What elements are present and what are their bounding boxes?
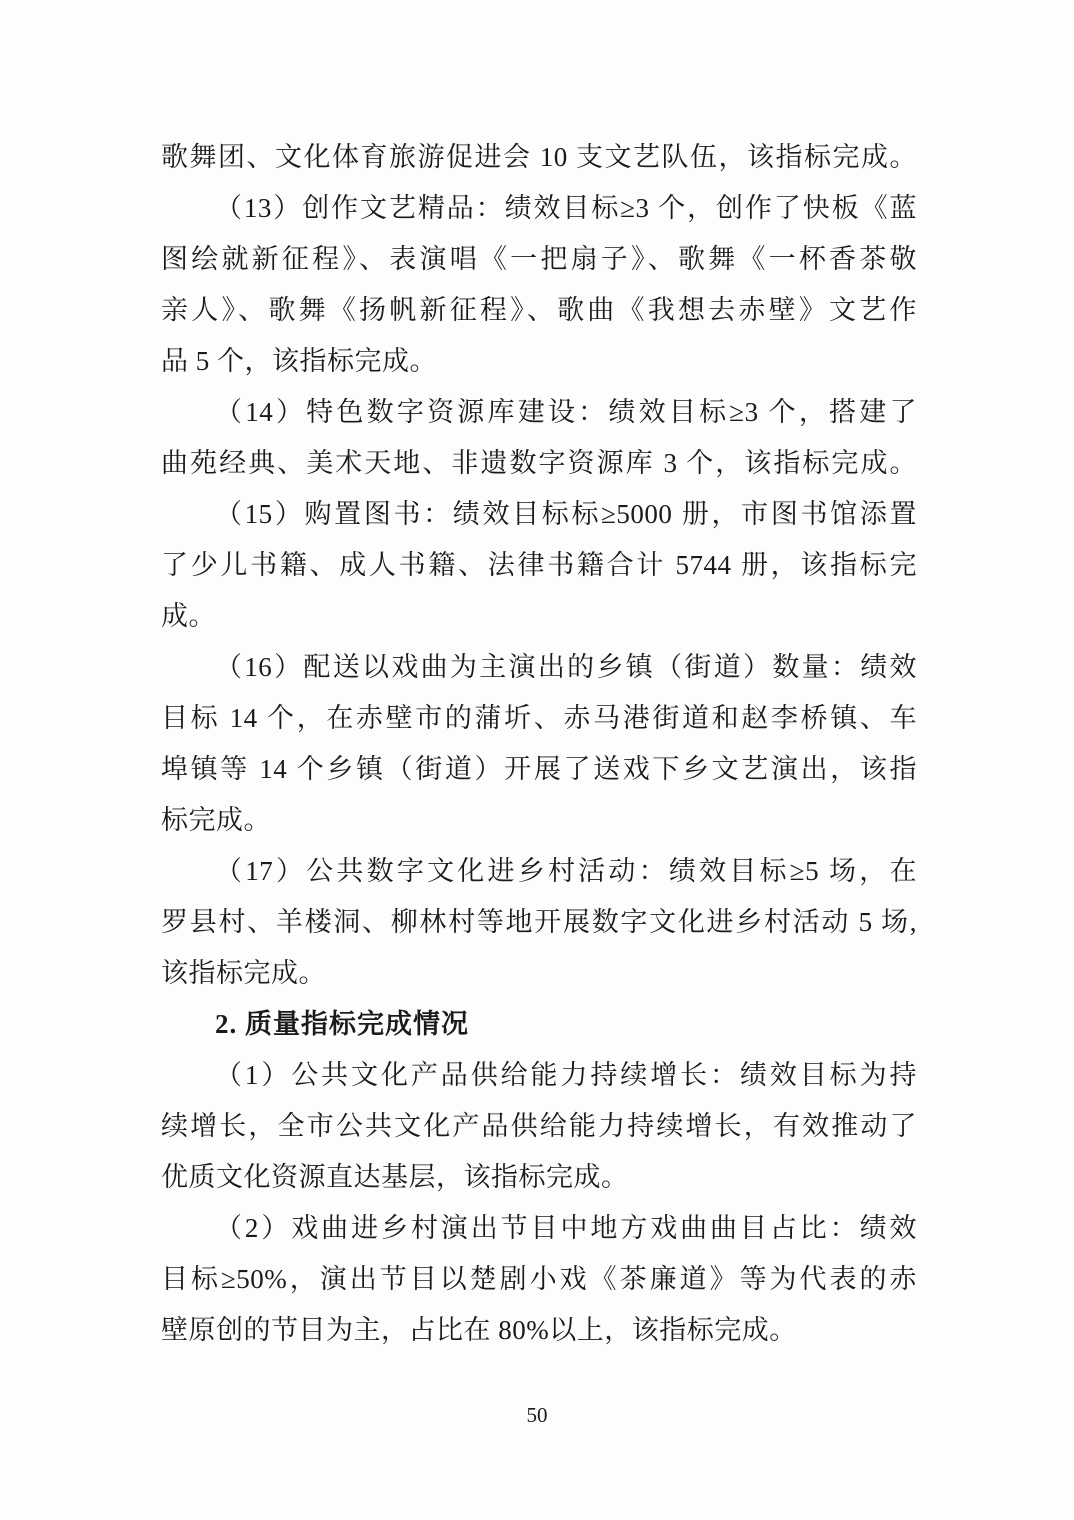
text-line: 优质文化资源直达基层，该指标完成。 <box>161 1152 917 1203</box>
para-item-17: （17）公共数字文化进乡村活动：绩效目标≥5 场，在罗县村、羊楼洞、柳林村等地开… <box>161 846 917 999</box>
text-line: （16）配送以戏曲为主演出的乡镇（街道）数量：绩效 <box>161 642 917 693</box>
text-line: 歌舞团、文化体育旅游促进会 10 支文艺队伍，该指标完成。 <box>161 132 917 183</box>
text-line: 亲人》、歌舞《扬帆新征程》、歌曲《我想去赤壁》文艺作 <box>161 285 917 336</box>
para-continuation: 歌舞团、文化体育旅游促进会 10 支文艺队伍，该指标完成。 <box>161 132 917 183</box>
para-item-14: （14）特色数字资源库建设：绩效目标≥3 个，搭建了曲苑经典、美术天地、非遗数字… <box>161 387 917 489</box>
document-body: 歌舞团、文化体育旅游促进会 10 支文艺队伍，该指标完成。（13）创作文艺精品：… <box>161 132 917 1356</box>
text-line: 壁原创的节目为主，占比在 80%以上，该指标完成。 <box>161 1305 917 1356</box>
text-line: 目标 14 个，在赤壁市的蒲圻、赤马港街道和赵李桥镇、车 <box>161 693 917 744</box>
page-number: 50 <box>0 1400 1074 1430</box>
text-line: 标完成。 <box>161 795 917 846</box>
heading-quality-indicators: 2. 质量指标完成情况 <box>161 999 917 1050</box>
text-line: 埠镇等 14 个乡镇（街道）开展了送戏下乡文艺演出，该指 <box>161 744 917 795</box>
text-line: 2. 质量指标完成情况 <box>161 999 917 1050</box>
text-line: 罗县村、羊楼洞、柳林村等地开展数字文化进乡村活动 5 场, <box>161 897 917 948</box>
text-line: （17）公共数字文化进乡村活动：绩效目标≥5 场，在 <box>161 846 917 897</box>
text-line: 续增长，全市公共文化产品供给能力持续增长，有效推动了 <box>161 1101 917 1152</box>
text-line: （13）创作文艺精品：绩效目标≥3 个，创作了快板《蓝 <box>161 183 917 234</box>
para-quality-1: （1）公共文化产品供给能力持续增长：绩效目标为持续增长，全市公共文化产品供给能力… <box>161 1050 917 1203</box>
para-quality-2: （2）戏曲进乡村演出节目中地方戏曲曲目占比：绩效目标≥50%，演出节目以楚剧小戏… <box>161 1203 917 1356</box>
text-line: （2）戏曲进乡村演出节目中地方戏曲曲目占比：绩效 <box>161 1203 917 1254</box>
text-line: （14）特色数字资源库建设：绩效目标≥3 个，搭建了 <box>161 387 917 438</box>
para-item-16: （16）配送以戏曲为主演出的乡镇（街道）数量：绩效目标 14 个，在赤壁市的蒲圻… <box>161 642 917 846</box>
text-line: 了少儿书籍、成人书籍、法律书籍合计 5744 册，该指标完 <box>161 540 917 591</box>
text-line: （15）购置图书：绩效目标标≥5000 册，市图书馆添置 <box>161 489 917 540</box>
para-item-15: （15）购置图书：绩效目标标≥5000 册，市图书馆添置了少儿书籍、成人书籍、法… <box>161 489 917 642</box>
text-line: 曲苑经典、美术天地、非遗数字资源库 3 个，该指标完成。 <box>161 438 917 489</box>
para-item-13: （13）创作文艺精品：绩效目标≥3 个，创作了快板《蓝图绘就新征程》、表演唱《一… <box>161 183 917 387</box>
document-page: 歌舞团、文化体育旅游促进会 10 支文艺队伍，该指标完成。（13）创作文艺精品：… <box>0 0 1074 1520</box>
text-line: （1）公共文化产品供给能力持续增长：绩效目标为持 <box>161 1050 917 1101</box>
text-line: 图绘就新征程》、表演唱《一把扇子》、歌舞《一杯香茶敬 <box>161 234 917 285</box>
text-line: 品 5 个，该指标完成。 <box>161 336 917 387</box>
text-line: 成。 <box>161 591 917 642</box>
text-line: 该指标完成。 <box>161 948 917 999</box>
text-line: 目标≥50%，演出节目以楚剧小戏《茶廉道》等为代表的赤 <box>161 1254 917 1305</box>
